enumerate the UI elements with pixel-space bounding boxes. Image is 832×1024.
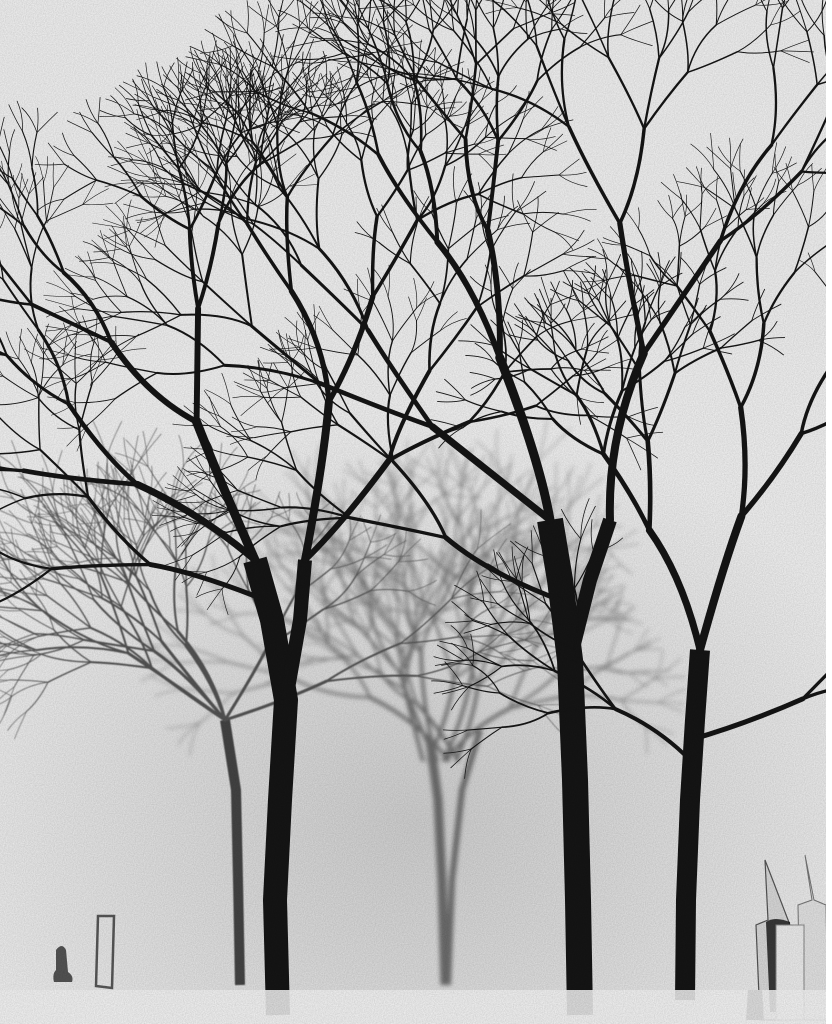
- right-border: [826, 0, 832, 1024]
- winter-trees-photo: [0, 0, 832, 1024]
- film-grain: [0, 0, 832, 1024]
